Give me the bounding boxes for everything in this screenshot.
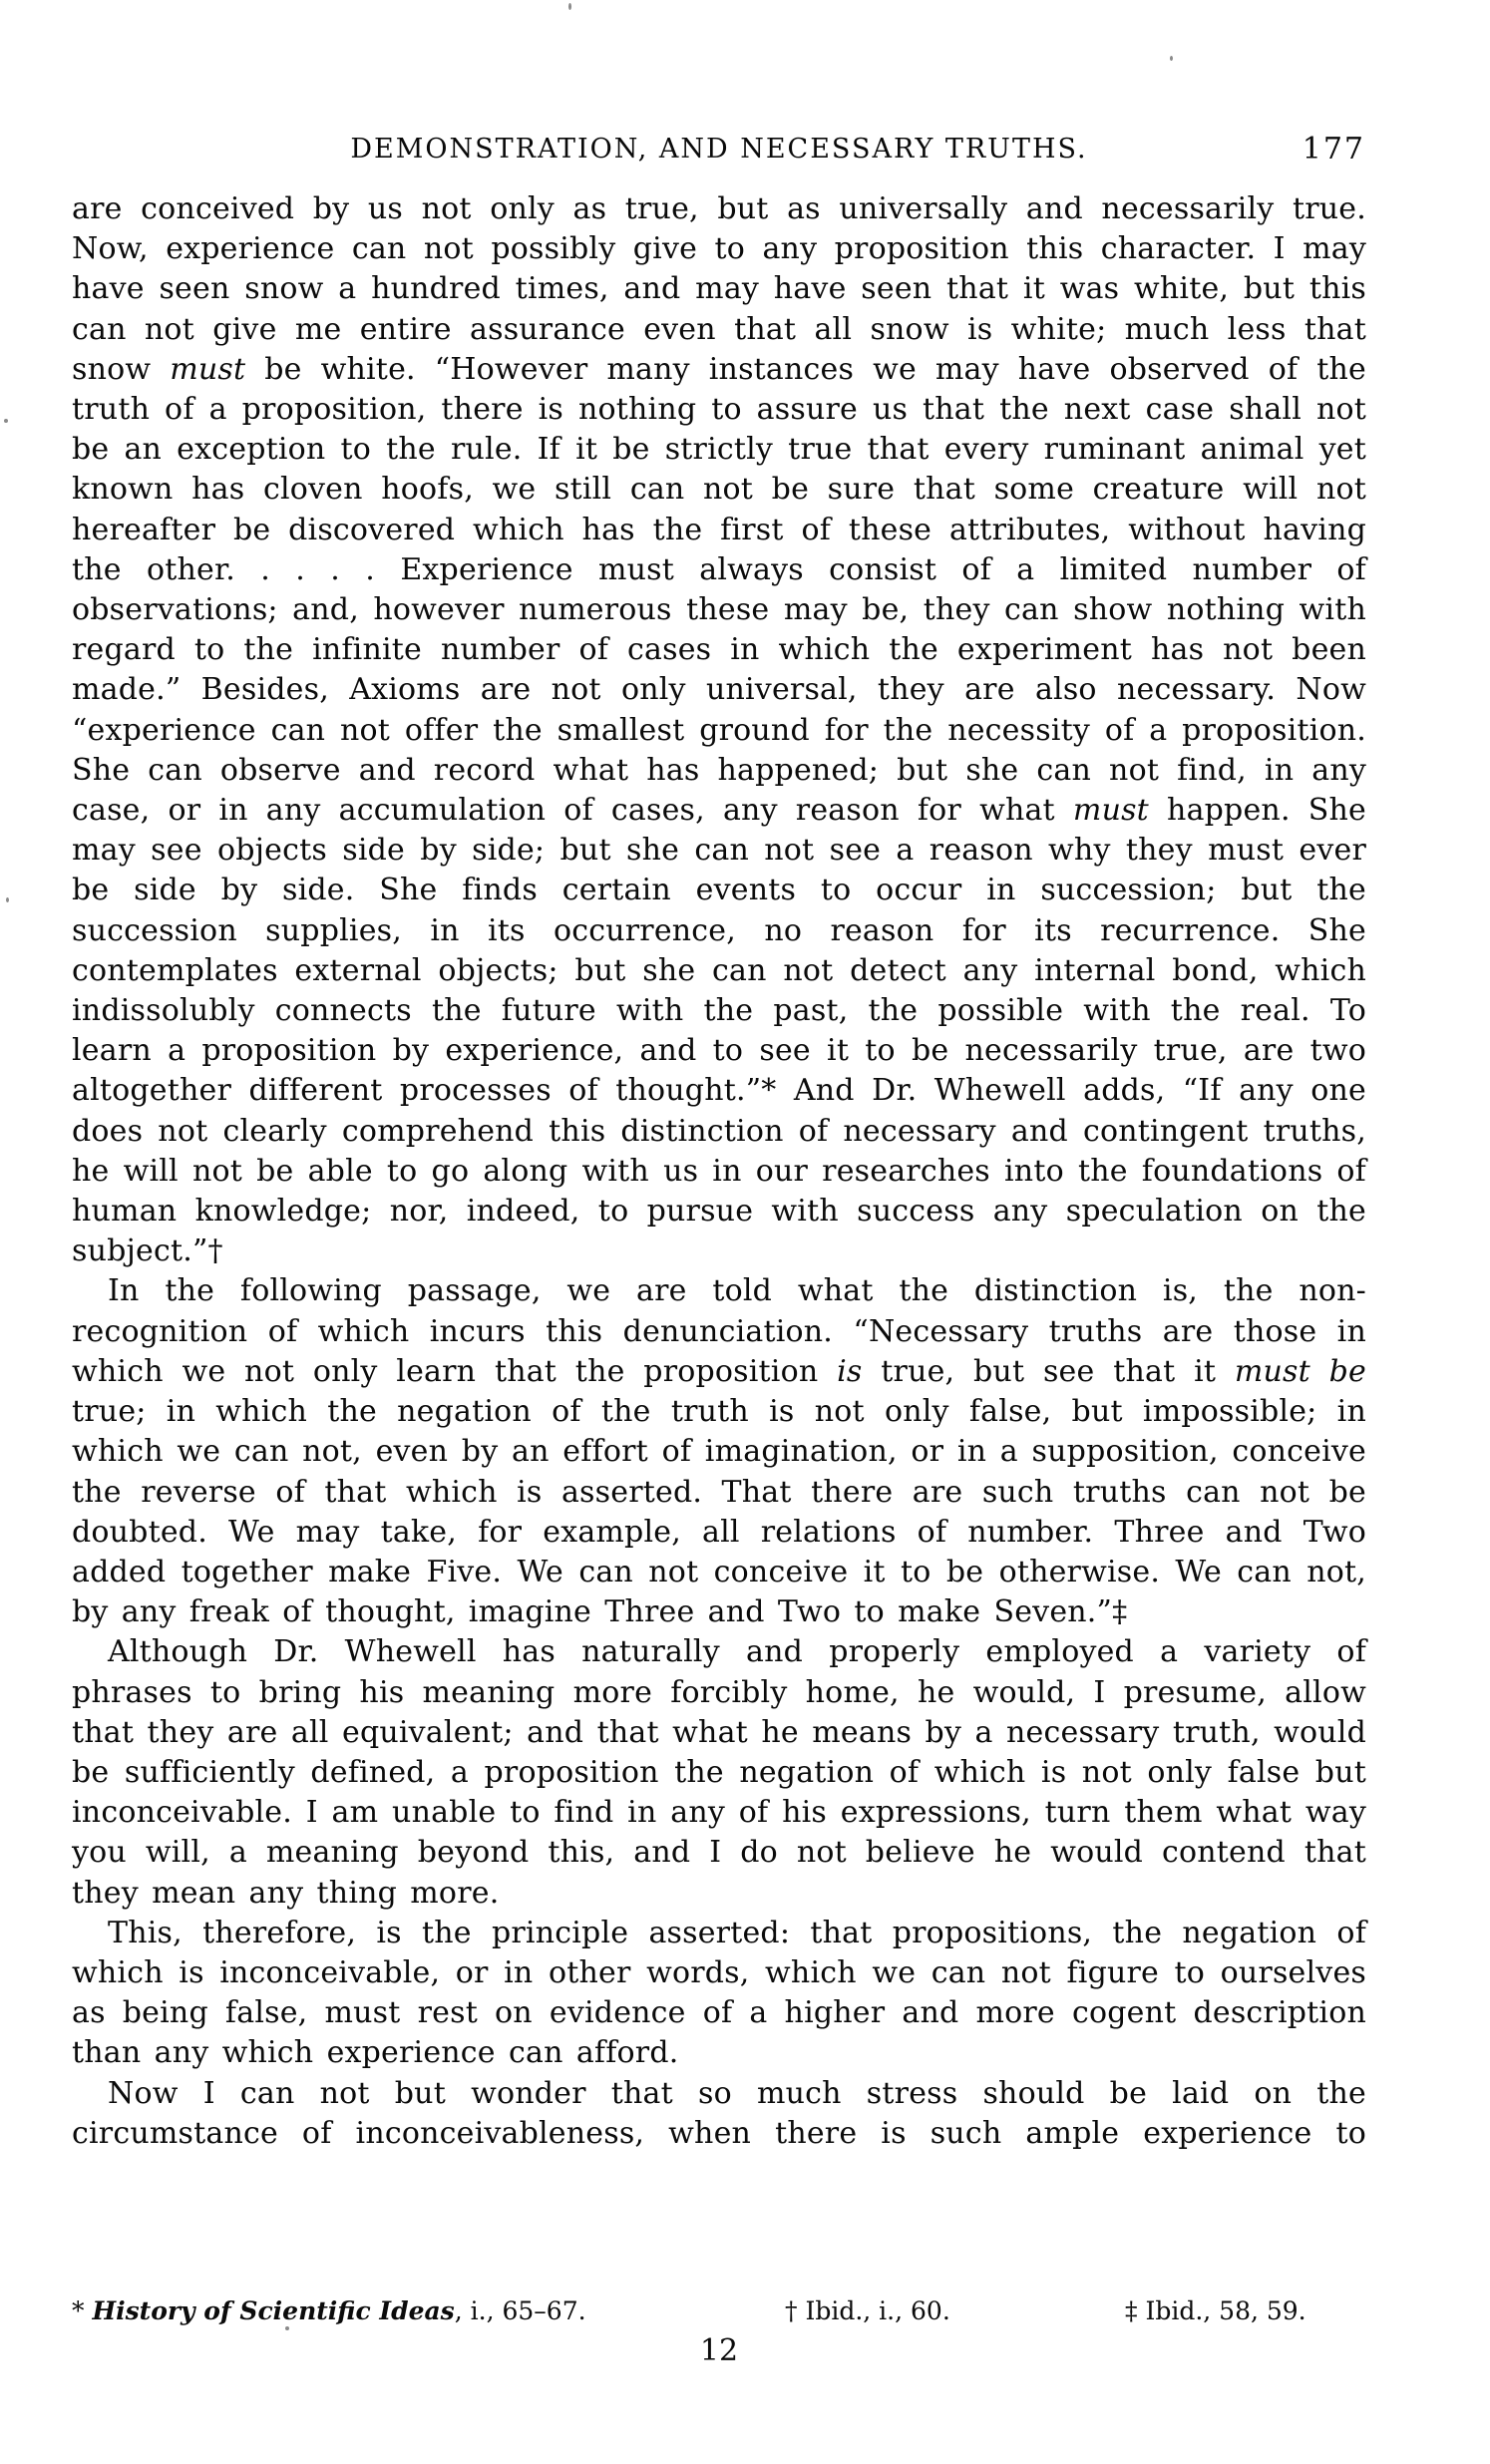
footnote-double-dagger: ‡ Ibid., 58, 59. xyxy=(1125,2296,1306,2325)
footnote-asterisk: * History of Scientific Ideas, i., 65–67… xyxy=(72,2296,586,2325)
scan-speck xyxy=(6,897,9,902)
scan-speck xyxy=(4,419,8,423)
body-text: are conceived by us not only as true, bu… xyxy=(72,189,1366,2154)
scan-speck xyxy=(568,3,571,10)
footnotes: * History of Scientific Ideas, i., 65–67… xyxy=(72,2296,1366,2336)
footnote-dagger: † Ibid., i., 60. xyxy=(785,2296,950,2325)
paragraph-continuation: are conceived by us not only as true, bu… xyxy=(72,189,1366,1271)
page-number: 177 xyxy=(1303,132,1365,167)
paragraph: Although Dr. Whewell has naturally and p… xyxy=(72,1632,1366,1913)
paragraph: This, therefore, is the principle assert… xyxy=(72,1914,1366,2074)
scan-speck xyxy=(1170,56,1173,61)
running-head-title: DEMONSTRATION, AND NECESSARY TRUTHS. xyxy=(72,134,1366,165)
signature-mark: 12 xyxy=(72,2333,1366,2368)
scan-speck xyxy=(285,2326,289,2330)
paragraph: In the following passage, we are told wh… xyxy=(72,1271,1366,1632)
paragraph-incomplete: Now I can not but wonder that so much st… xyxy=(72,2074,1366,2154)
book-page: DEMONSTRATION, AND NECESSARY TRUTHS. 177… xyxy=(0,0,1490,2464)
